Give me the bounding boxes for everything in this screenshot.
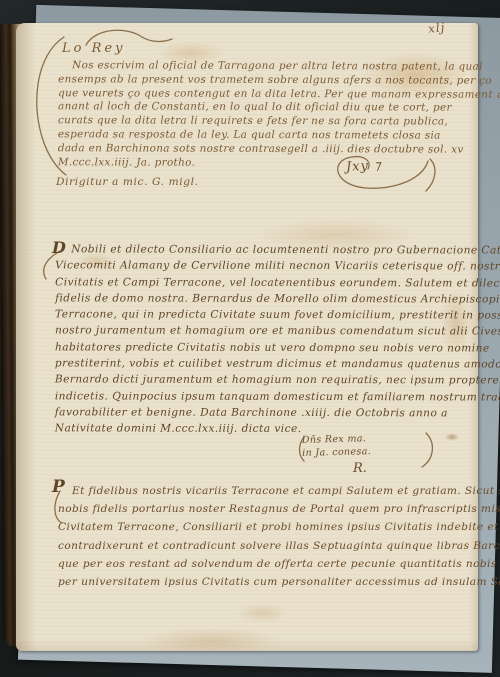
manuscript-line: Nobili et dilecto Consiliario ac locumte… xyxy=(55,241,500,259)
manuscript-line: prestiterint, vobis et cuilibet vestrum … xyxy=(55,355,500,373)
letter-salutation: Lo Rey xyxy=(62,41,125,56)
ink-layer: xlj Lo Rey Nos escrivim al oficial d xyxy=(16,23,478,651)
manuscript-line: ensemps ab la present vos trametem sobre… xyxy=(58,73,500,88)
registration-mark: R. xyxy=(353,461,367,476)
note-close-bracket xyxy=(422,433,432,467)
manuscript-line: habitatores predicte Civitatis nobis ut … xyxy=(55,339,500,357)
chancery-note-line: Dñs Rex ma. xyxy=(302,433,371,447)
manuscript-line: per universitatem ipsius Civitatis cum p… xyxy=(58,573,500,591)
manuscript-line: Nativitate domini M.ccc.lxx.iiij. dicta … xyxy=(55,421,500,439)
manuscript-page: xlj Lo Rey Nos escrivim al oficial d xyxy=(16,23,478,651)
manuscript-line: nostro juramentum et homagium ore et man… xyxy=(55,323,500,341)
manuscript-line: M.ccc.lxx.iiij. Ja. protho. xyxy=(58,156,500,171)
manuscript-line: Civitatem Terracone, Consiliarii et prob… xyxy=(58,518,500,536)
manuscript-line: Vicecomiti Alamany de Cervilione militi … xyxy=(55,258,500,276)
manuscript-photo: xlj Lo Rey Nos escrivim al oficial d xyxy=(0,0,500,677)
latin-letter-block-2: Et fidelibus nostris vicariis Terracone … xyxy=(58,482,500,591)
catalan-letter-block: Nos escrivim al oficial de Tarragona per… xyxy=(58,59,500,171)
manuscript-line: fidelis de domo nostra. Bernardus de Mor… xyxy=(55,290,500,308)
folio-number: xlj xyxy=(427,20,446,36)
chancery-paraph: Jxy ⁊ xyxy=(346,158,382,175)
manuscript-line: favorabiliter et benigne. Data Barchinon… xyxy=(55,404,500,422)
manuscript-line: que per eos restant ad solvendum de offe… xyxy=(58,555,500,573)
manuscript-line: Et fidelibus nostris vicariis Terracone … xyxy=(58,482,500,500)
manuscript-line: Civitatis et Campi Terracone, vel locate… xyxy=(55,274,500,292)
latin-letter-block-1: Nobili et dilecto Consiliario ac locumte… xyxy=(55,241,500,438)
manuscript-line: Nos escrivim al oficial de Tarragona per… xyxy=(58,59,500,74)
manuscript-line: indicetis. Quinpocius ipsum tanquam dome… xyxy=(55,388,500,406)
manuscript-line: nobis fidelis portarius noster Restagnus… xyxy=(58,500,500,518)
chancery-note: Dñs Rex ma. in Ja. conesa. xyxy=(302,433,371,460)
address-line: Dirigitur a mic. G. migl. xyxy=(56,176,199,188)
manuscript-line: esperada sa resposta de la ley. La qual … xyxy=(58,128,500,143)
manuscript-line: Terracone, qui in predicta Civitate suum… xyxy=(55,307,500,325)
manuscript-line: contradixerunt et contradicunt solvere i… xyxy=(58,537,500,555)
chancery-note-line: in Ja. conesa. xyxy=(302,446,371,460)
manuscript-line: Bernardo dicti juramentum et homagium no… xyxy=(55,372,500,390)
manuscript-line: dada en Barchinona sots nostre contraseg… xyxy=(58,142,500,157)
